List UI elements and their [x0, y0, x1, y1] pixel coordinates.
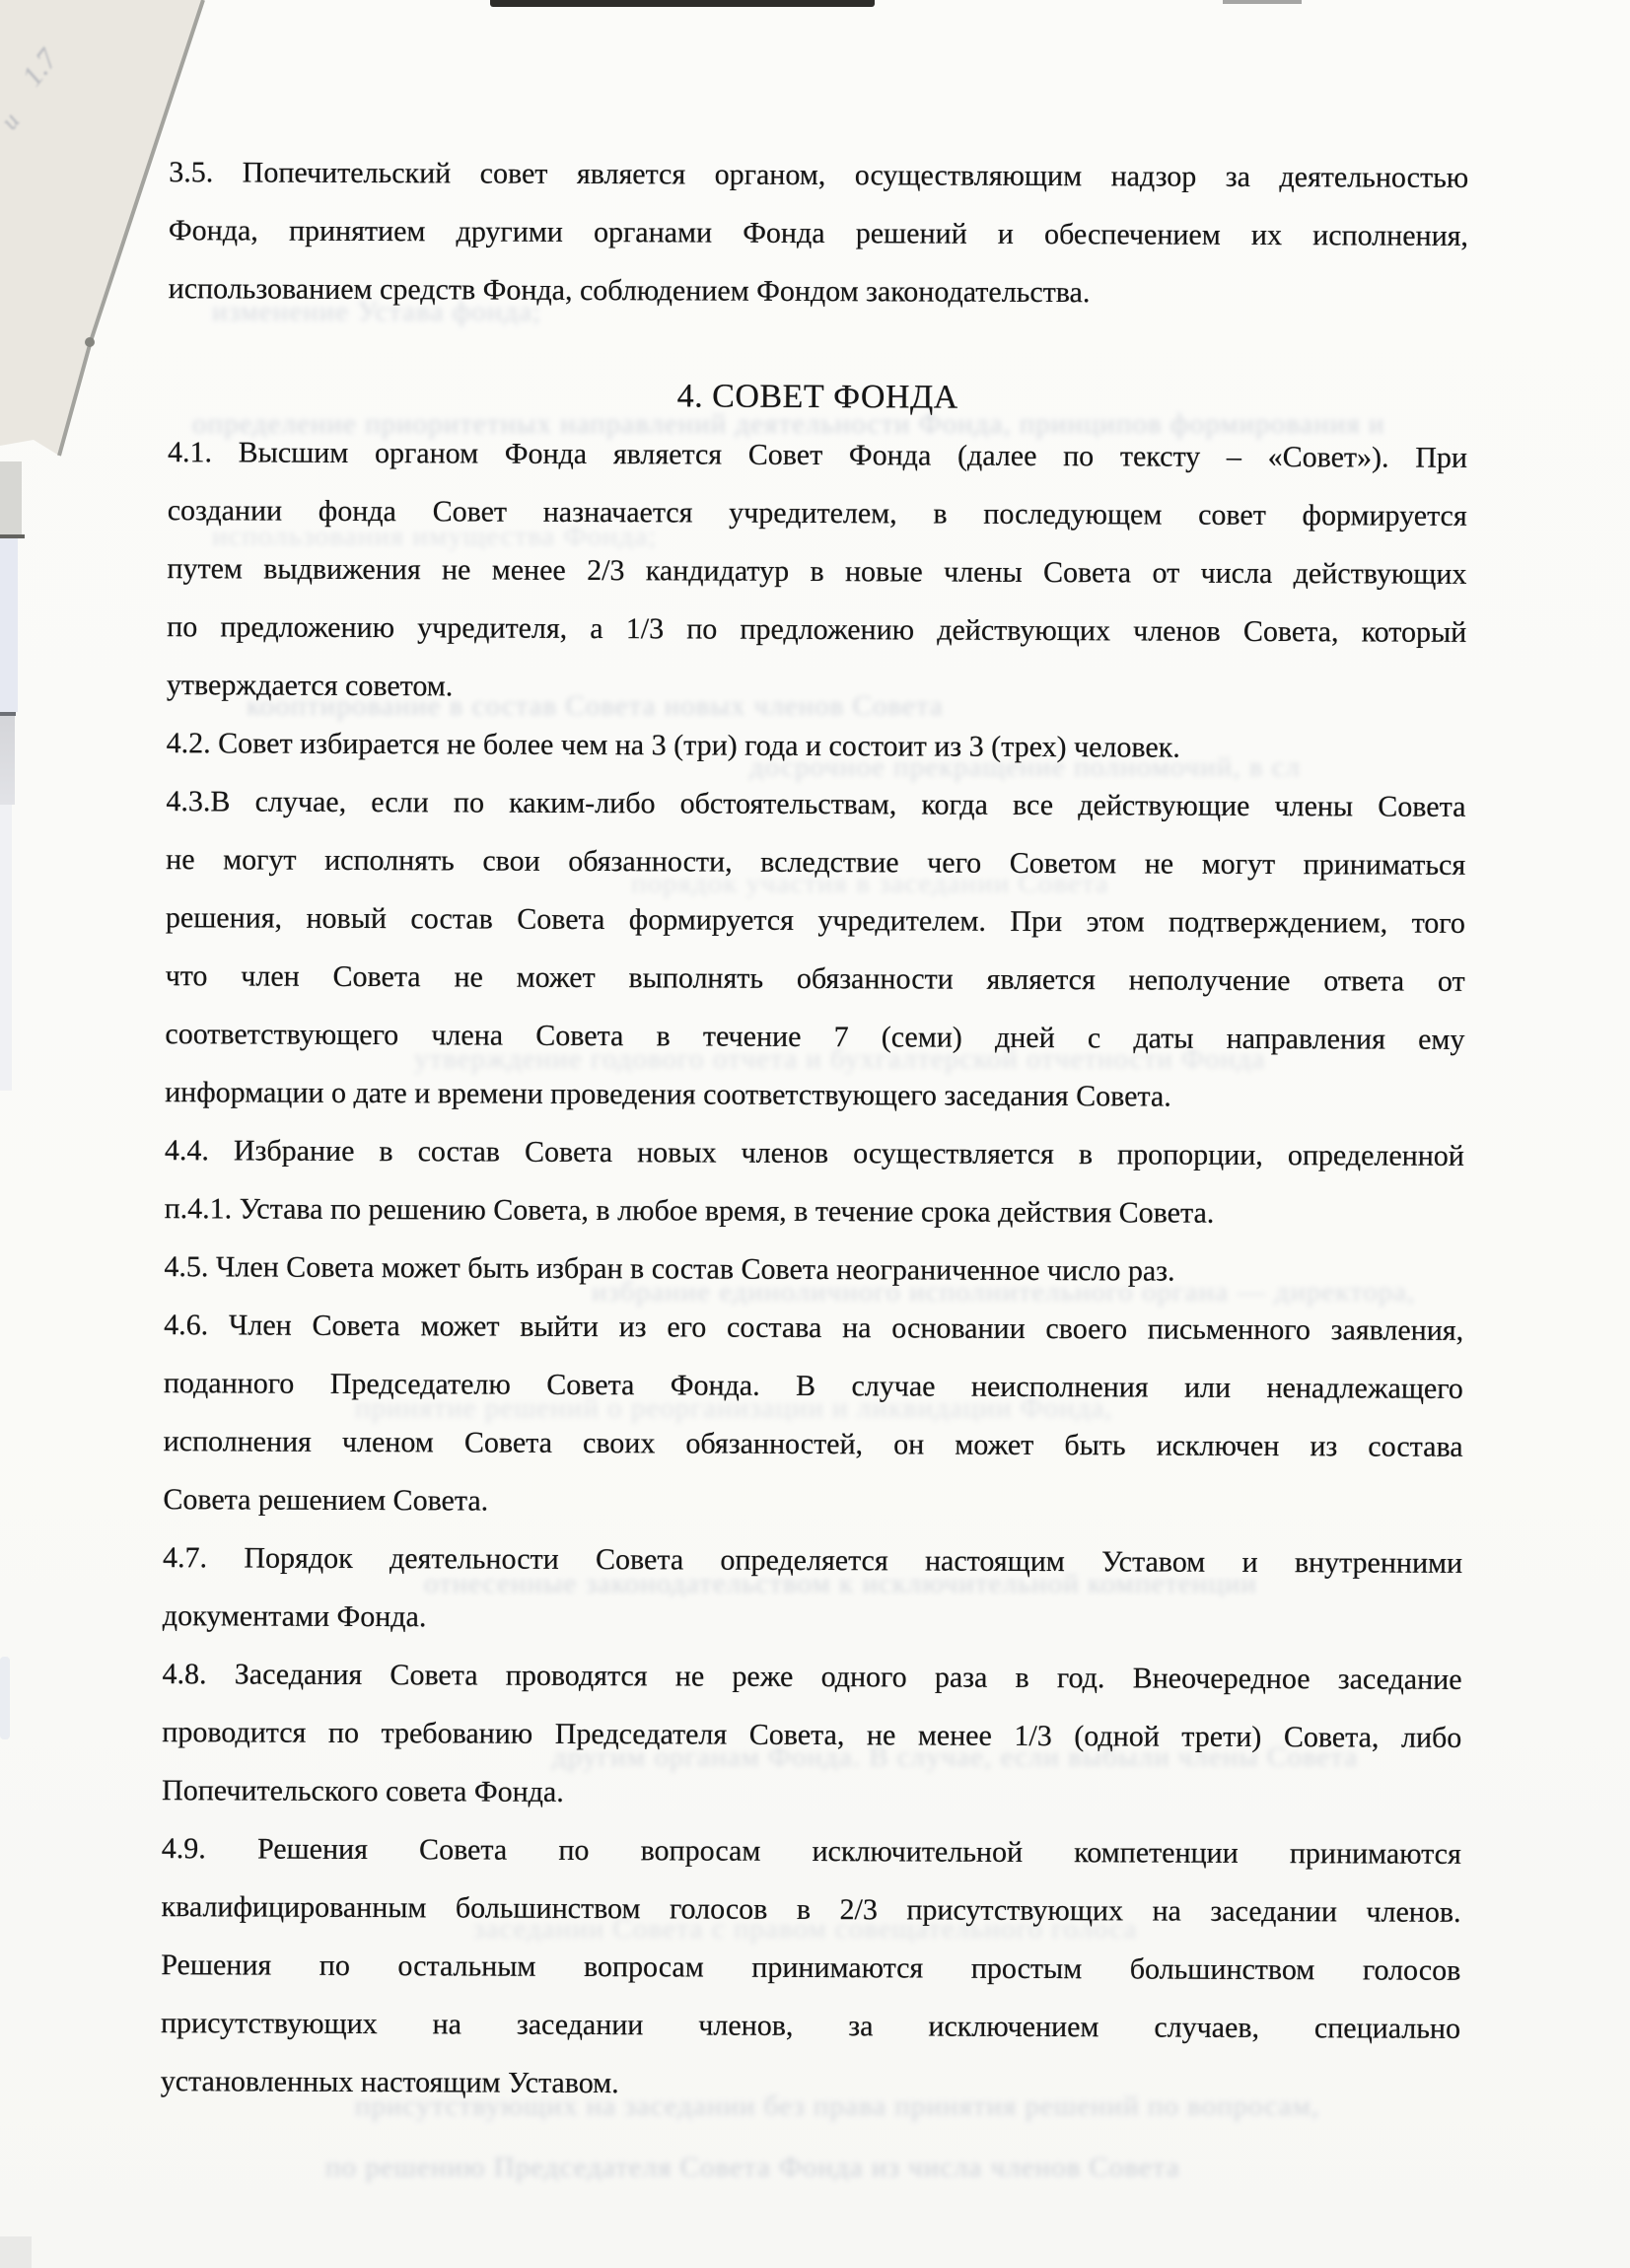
text-line: 4.9. Решения Совета по вопросам исключит…: [162, 1819, 1461, 1883]
text-line: 4.6. Член Совета может выйти из его сост…: [164, 1296, 1463, 1360]
page-edge-kink-dot: [85, 337, 95, 347]
document-text-block: 3.5. Попечительский совет является орган…: [161, 0, 1469, 2116]
paragraph-4-1: 4.1. Высшим органом Фонда является Совет…: [167, 423, 1467, 720]
text-line: 4.1. Высшим органом Фонда является Совет…: [168, 423, 1467, 487]
text-line: Фонда, принятием другими органами Фонда …: [169, 201, 1468, 265]
scanner-top-dark-bar: [490, 0, 875, 7]
text-line: по предложению учредителя, а 1/3 по пред…: [167, 598, 1466, 662]
left-edge-strip: [0, 461, 22, 536]
paragraph-4-6: 4.6. Член Совета может выйти из его сост…: [163, 1296, 1463, 1534]
paragraph-4-9: 4.9. Решения Совета по вопросам исключит…: [161, 1819, 1461, 2116]
text-line: Попечительского совета Фонда.: [162, 1761, 1461, 1825]
text-line: п.4.1. Устава по решению Совета, в любое…: [165, 1179, 1464, 1243]
left-edge-strip: [0, 716, 15, 805]
paragraph-4-3: 4.3.В случае, если по каким-либо обстоят…: [165, 772, 1466, 1127]
text-line: Совета решением Совета.: [163, 1470, 1462, 1534]
text-line: 4.8. Заседания Совета проводятся не реже…: [162, 1645, 1461, 1709]
left-edge-faint-mark: [0, 1657, 10, 1739]
text-line: Решения по остальным вопросам принимаютс…: [161, 1936, 1460, 2000]
text-line: 4.7. Порядок деятельности Совета определ…: [163, 1528, 1462, 1593]
text-line: 4.5. Член Совета может быть избран в сос…: [164, 1238, 1463, 1302]
paragraph-4-4: 4.4. Избрание в состав Совета новых член…: [165, 1121, 1465, 1243]
text-line: 4.4. Избрание в состав Совета новых член…: [165, 1121, 1464, 1185]
text-line: не могут исполнять свои обязанности, всл…: [166, 830, 1465, 894]
paragraph-4-8: 4.8. Заседания Совета проводятся не реже…: [162, 1645, 1462, 1825]
text-line: утверждается советом.: [167, 656, 1466, 720]
paragraph-4-5: 4.5. Член Совета может быть избран в сос…: [164, 1238, 1463, 1302]
text-line: информации о дате и времени проведения с…: [165, 1063, 1464, 1127]
text-line: соответствующего члена Совета в течение …: [165, 1005, 1464, 1069]
paragraph-3-5: 3.5. Попечительский совет является орган…: [169, 143, 1469, 323]
text-line: квалифицированным большинством голосов в…: [161, 1878, 1460, 1942]
text-line: решения, новый состав Совета формируется…: [166, 888, 1465, 953]
text-line: 4.3.В случае, если по каким-либо обстоят…: [166, 772, 1465, 836]
text-line: что член Совета не может выполнять обяза…: [166, 947, 1465, 1011]
bottom-left-corner-shade: [0, 2236, 32, 2268]
paragraph-4-7: 4.7. Порядок деятельности Совета определ…: [163, 1528, 1463, 1651]
text-line: документами Фонда.: [163, 1587, 1462, 1651]
bleedthrough-text-line: по решению Председателя Совета Фонда из …: [325, 2152, 1180, 2184]
text-line: поданного Председателю Совета Фонда. В с…: [164, 1354, 1463, 1418]
left-edge-strip: [0, 538, 18, 712]
scanner-top-dark-mark: [1223, 0, 1302, 4]
scanned-document-page: 1.7 и изменение Устава фонда; определени…: [0, 0, 1630, 2268]
text-line: путем выдвижения не менее 2/3 кандидатур…: [167, 539, 1466, 603]
text-line: проводится по требованию Председателя Со…: [162, 1703, 1461, 1767]
left-edge-strip: [0, 805, 12, 1091]
text-line: присутствующих на заседании членов, за и…: [161, 1994, 1460, 2058]
text-line: исполнения членом Совета своих обязаннос…: [163, 1412, 1462, 1476]
text-line: использованием средств Фонда, соблюдение…: [169, 259, 1468, 323]
paragraph-4-2: 4.2. Совет избирается не более чем на 3 …: [167, 714, 1466, 778]
section-heading: 4. СОВЕТ ФОНДА: [168, 365, 1467, 429]
text-line: 3.5. Попечительский совет является орган…: [169, 143, 1468, 207]
text-line: установленных настоящим Уставом.: [161, 2052, 1460, 2116]
text-line: 4.2. Совет избирается не более чем на 3 …: [167, 714, 1466, 778]
text-line: создании фонда Совет назначается учредит…: [168, 481, 1467, 545]
